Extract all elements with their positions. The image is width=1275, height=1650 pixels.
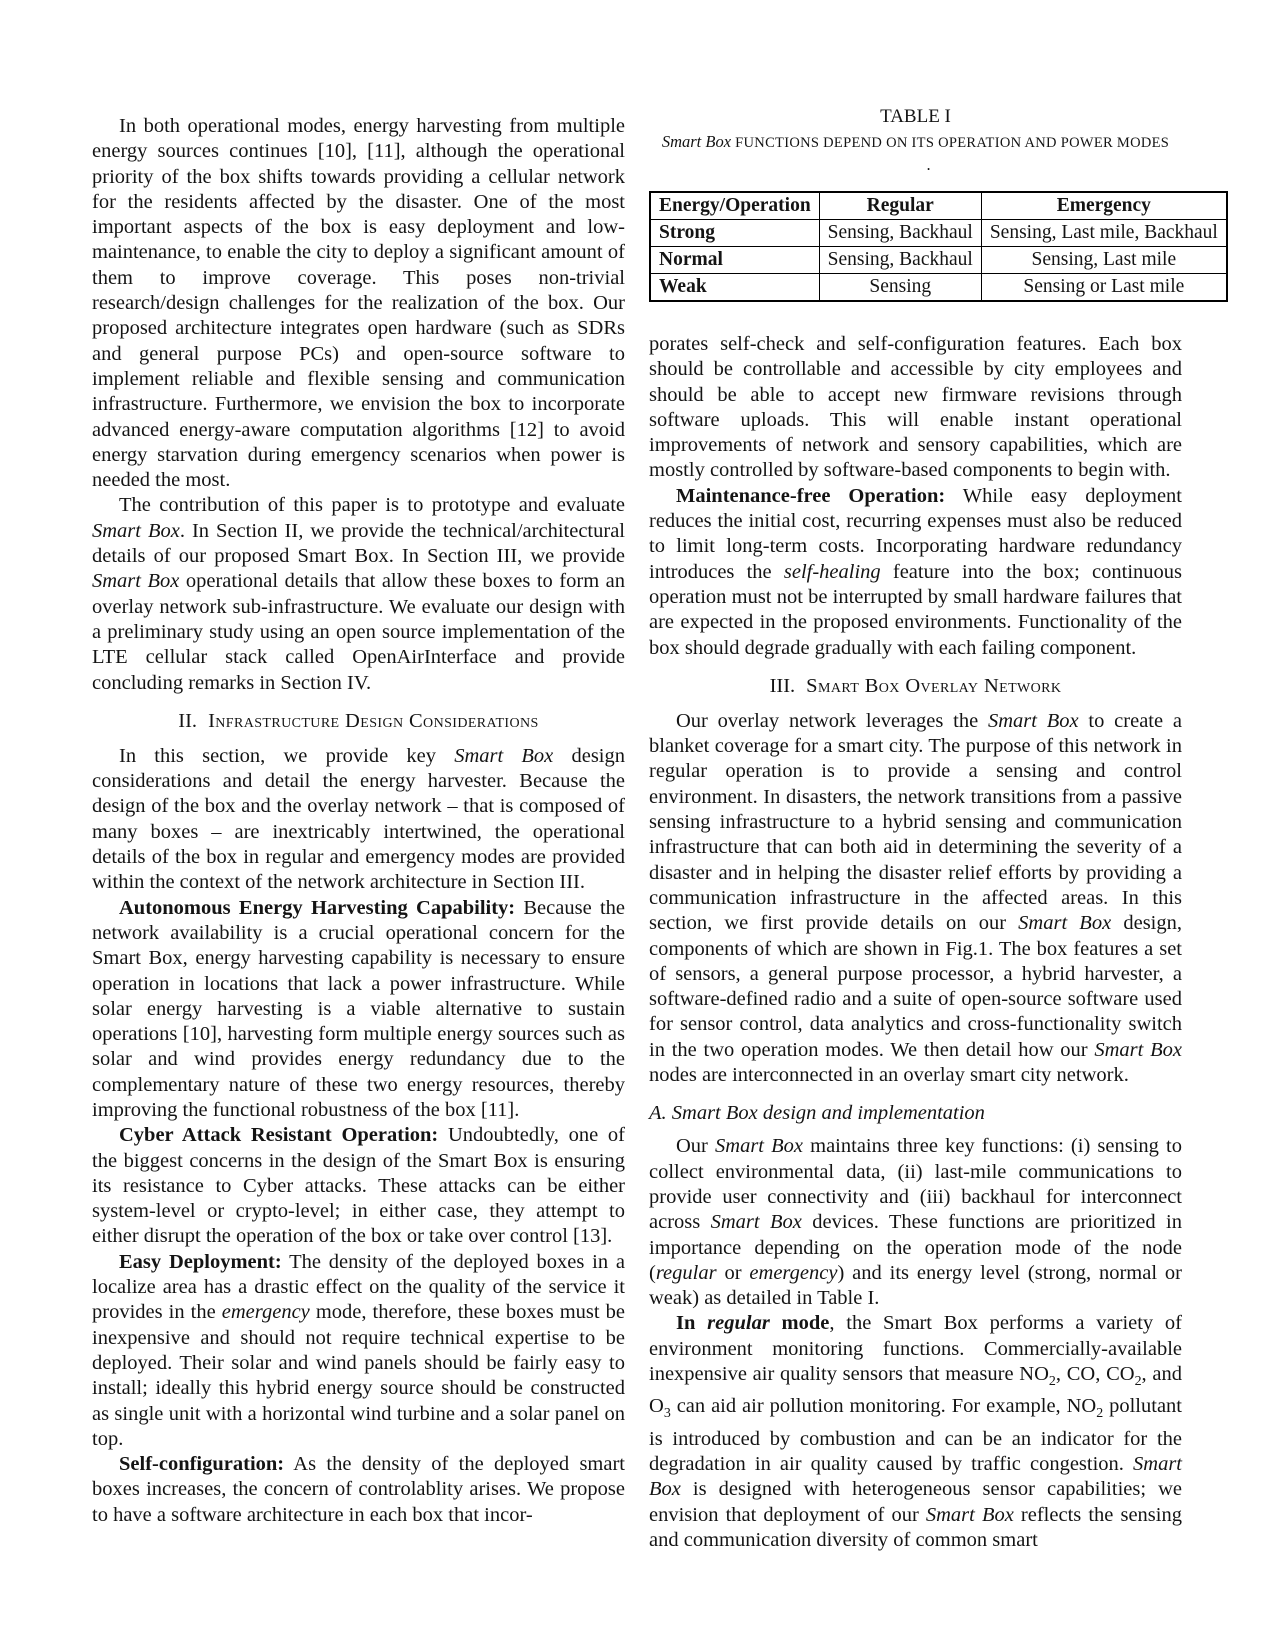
table-header-regular: Regular	[819, 192, 981, 220]
table-caption-period: .	[926, 155, 930, 174]
table-cell-normal-regular: Sensing, Backhaul	[819, 247, 981, 274]
table-row-weak: Weak Sensing Sensing or Last mile	[650, 274, 1227, 302]
table-caption-text: FUNCTIONS DEPEND ON ITS OPERATION AND PO…	[735, 135, 1169, 151]
paragraph-overlay-network: Our overlay network leverages the Smart …	[649, 709, 1182, 1088]
left-column: In both operational modes, energy harves…	[92, 114, 625, 1528]
right-column: TABLE I Smart Box FUNCTIONS DEPEND ON IT…	[649, 105, 1182, 1553]
paragraph-contribution: The contribution of this paper is to pro…	[92, 493, 625, 695]
table-cell-weak-emergency: Sensing or Last mile	[981, 274, 1227, 302]
paragraph-section-overview: In this section, we provide key Smart Bo…	[92, 744, 625, 896]
subsection-heading-design-implementation: A. Smart Box design and implementation	[649, 1101, 1182, 1126]
section-heading-infrastructure: II.Infrastructure Design Considerations	[92, 709, 625, 734]
section-number: II.	[178, 710, 197, 732]
table-row-normal: Normal Sensing, Backhaul Sensing, Last m…	[650, 247, 1227, 274]
table-header-energy-operation: Energy/Operation	[650, 192, 819, 220]
table-cell-strong-emergency: Sensing, Last mile, Backhaul	[981, 220, 1227, 247]
table-cell-energy-weak: Weak	[650, 274, 819, 302]
table-smart-box-functions: Energy/Operation Regular Emergency Stron…	[649, 191, 1228, 302]
paragraph-energy-harvesting: In both operational modes, energy harves…	[92, 114, 625, 493]
table-row-strong: Strong Sensing, Backhaul Sensing, Last m…	[650, 220, 1227, 247]
table-header-row: Energy/Operation Regular Emergency	[650, 192, 1227, 220]
table-cell-strong-regular: Sensing, Backhaul	[819, 220, 981, 247]
section-title: Infrastructure Design Considerations	[208, 710, 539, 732]
paragraph-key-functions: Our Smart Box maintains three key functi…	[649, 1134, 1182, 1311]
paragraph-maintenance-free: Maintenance-free Operation: While easy d…	[649, 484, 1182, 661]
section-title: Smart Box Overlay Network	[806, 675, 1061, 697]
section-number: III.	[770, 675, 796, 697]
table-cell-normal-emergency: Sensing, Last mile	[981, 247, 1227, 274]
paragraph-easy-deployment: Easy Deployment: The density of the depl…	[92, 1250, 625, 1452]
table-header-emergency: Emergency	[981, 192, 1227, 220]
paper-page: In both operational modes, energy harves…	[0, 0, 1275, 1650]
table-cell-energy-strong: Strong	[650, 220, 819, 247]
table-cell-energy-normal: Normal	[650, 247, 819, 274]
paragraph-regular-mode: In regular mode, the Smart Box performs …	[649, 1311, 1182, 1553]
paragraph-autonomous-energy: Autonomous Energy Harvesting Capability:…	[92, 896, 625, 1124]
table-caption: Smart Box FUNCTIONS DEPEND ON ITS OPERAT…	[649, 131, 1182, 175]
table-label: TABLE I	[649, 105, 1182, 128]
paragraph-cyber-attack: Cyber Attack Resistant Operation: Undoub…	[92, 1123, 625, 1249]
table-caption-italic: Smart Box	[662, 132, 731, 151]
paragraph-self-check-continuation: porates self-check and self-configuratio…	[649, 332, 1182, 484]
section-heading-overlay-network: III.Smart Box Overlay Network	[649, 674, 1182, 699]
paragraph-self-configuration: Self-configuration: As the density of th…	[92, 1452, 625, 1528]
table-cell-weak-regular: Sensing	[819, 274, 981, 302]
